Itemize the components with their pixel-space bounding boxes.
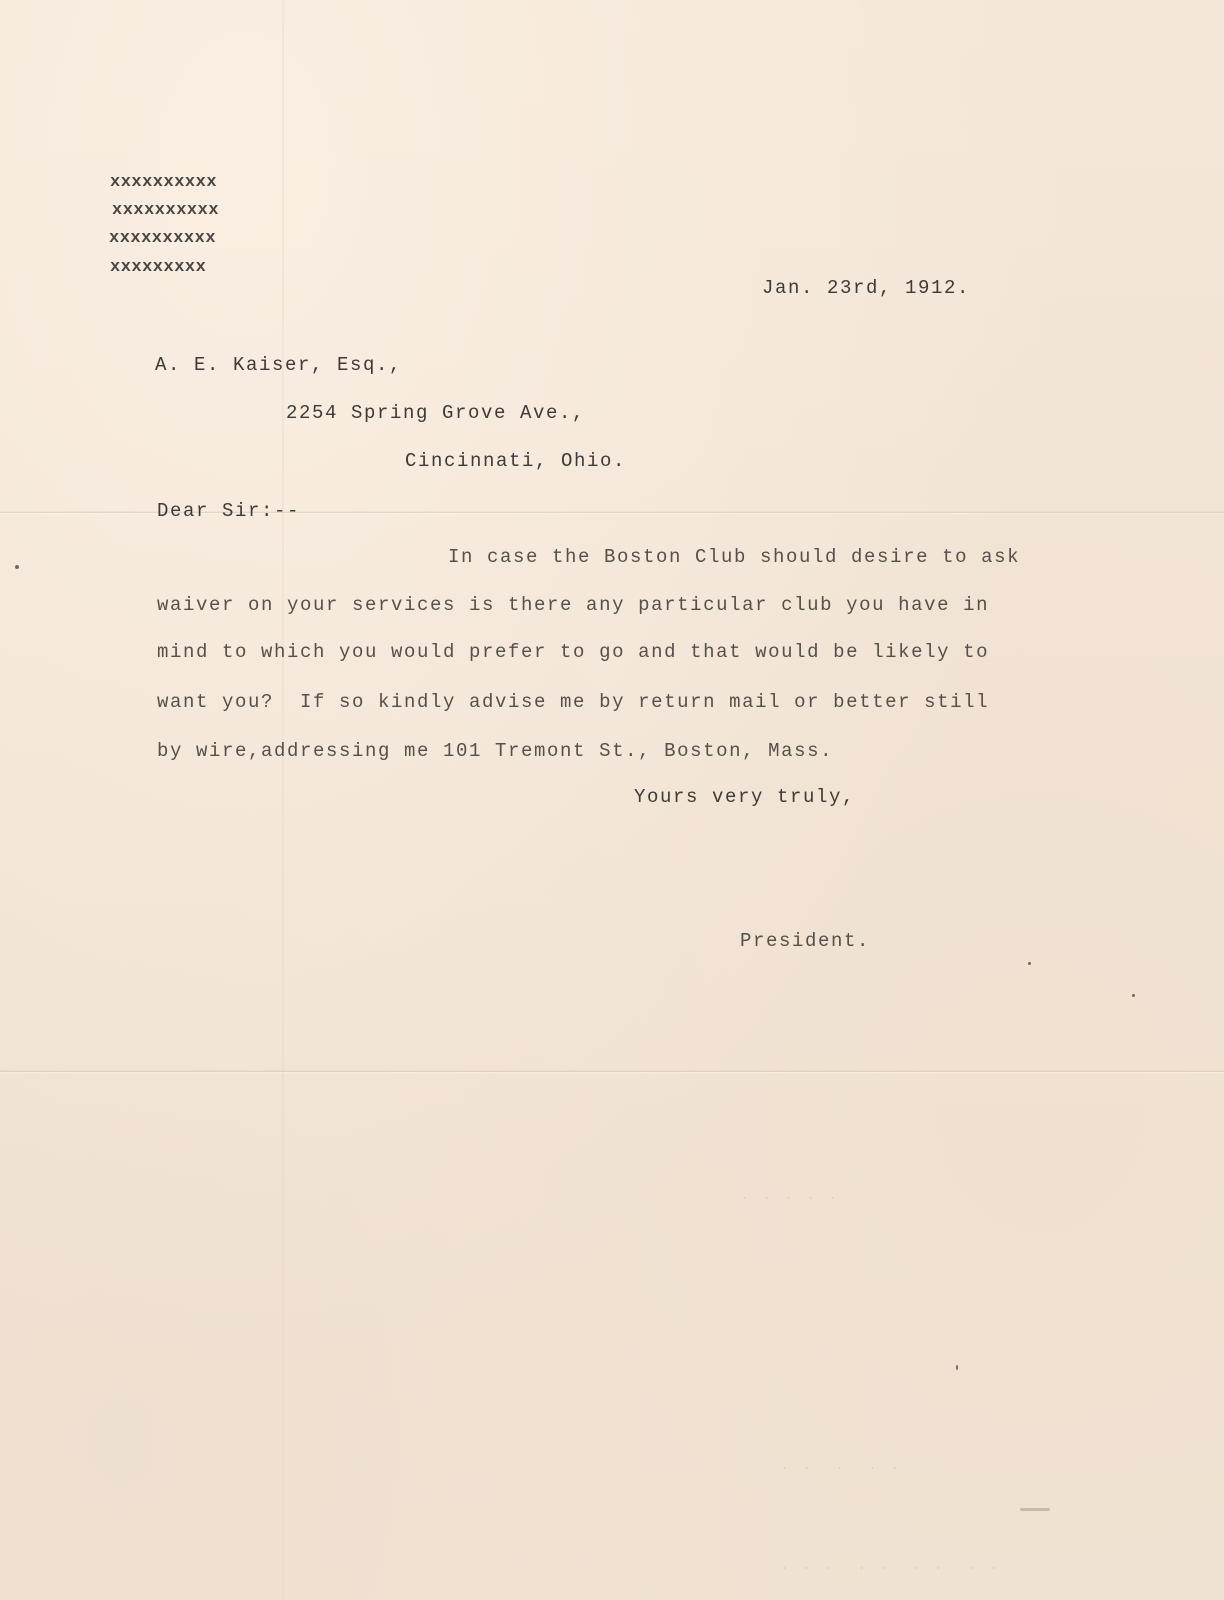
body-line: want you? If so kindly advise me by retu…: [157, 693, 989, 712]
redaction-line: xxxxxxxxxx: [110, 174, 217, 191]
show-through-text: · · · · · · · · ·: [780, 1560, 1000, 1577]
ink-speck: [15, 565, 19, 569]
body-line: waiver on your services is there any par…: [157, 596, 989, 615]
body-line: In case the Boston Club should desire to…: [448, 548, 1020, 567]
ink-speck: [1028, 962, 1031, 965]
horizontal-fold-crease-lower: [0, 1070, 1224, 1074]
recipient-name: A. E. Kaiser, Esq.,: [155, 356, 402, 375]
body-line: mind to which you would prefer to go and…: [157, 643, 989, 662]
body-line: by wire,addressing me 101 Tremont St., B…: [157, 742, 833, 761]
ink-smudge: [1020, 1508, 1050, 1511]
show-through-text: · · · · ·: [740, 1190, 839, 1207]
salutation: Dear Sir:--: [157, 502, 300, 521]
redaction-line: xxxxxxxxxx: [109, 230, 216, 247]
recipient-city: Cincinnati, Ohio.: [405, 452, 626, 471]
ink-speck: [1132, 994, 1135, 997]
ink-speck: [956, 1365, 958, 1370]
redaction-line: xxxxxxxxx: [110, 259, 206, 276]
letter-date: Jan. 23rd, 1912.: [762, 279, 970, 298]
show-through-text: · · · · ·: [780, 1460, 901, 1477]
recipient-street: 2254 Spring Grove Ave.,: [286, 404, 585, 423]
vertical-crease: [282, 0, 284, 1600]
closing: Yours very truly,: [634, 788, 855, 807]
signature-title: President.: [740, 932, 870, 951]
redaction-line: xxxxxxxxxx: [112, 202, 219, 219]
